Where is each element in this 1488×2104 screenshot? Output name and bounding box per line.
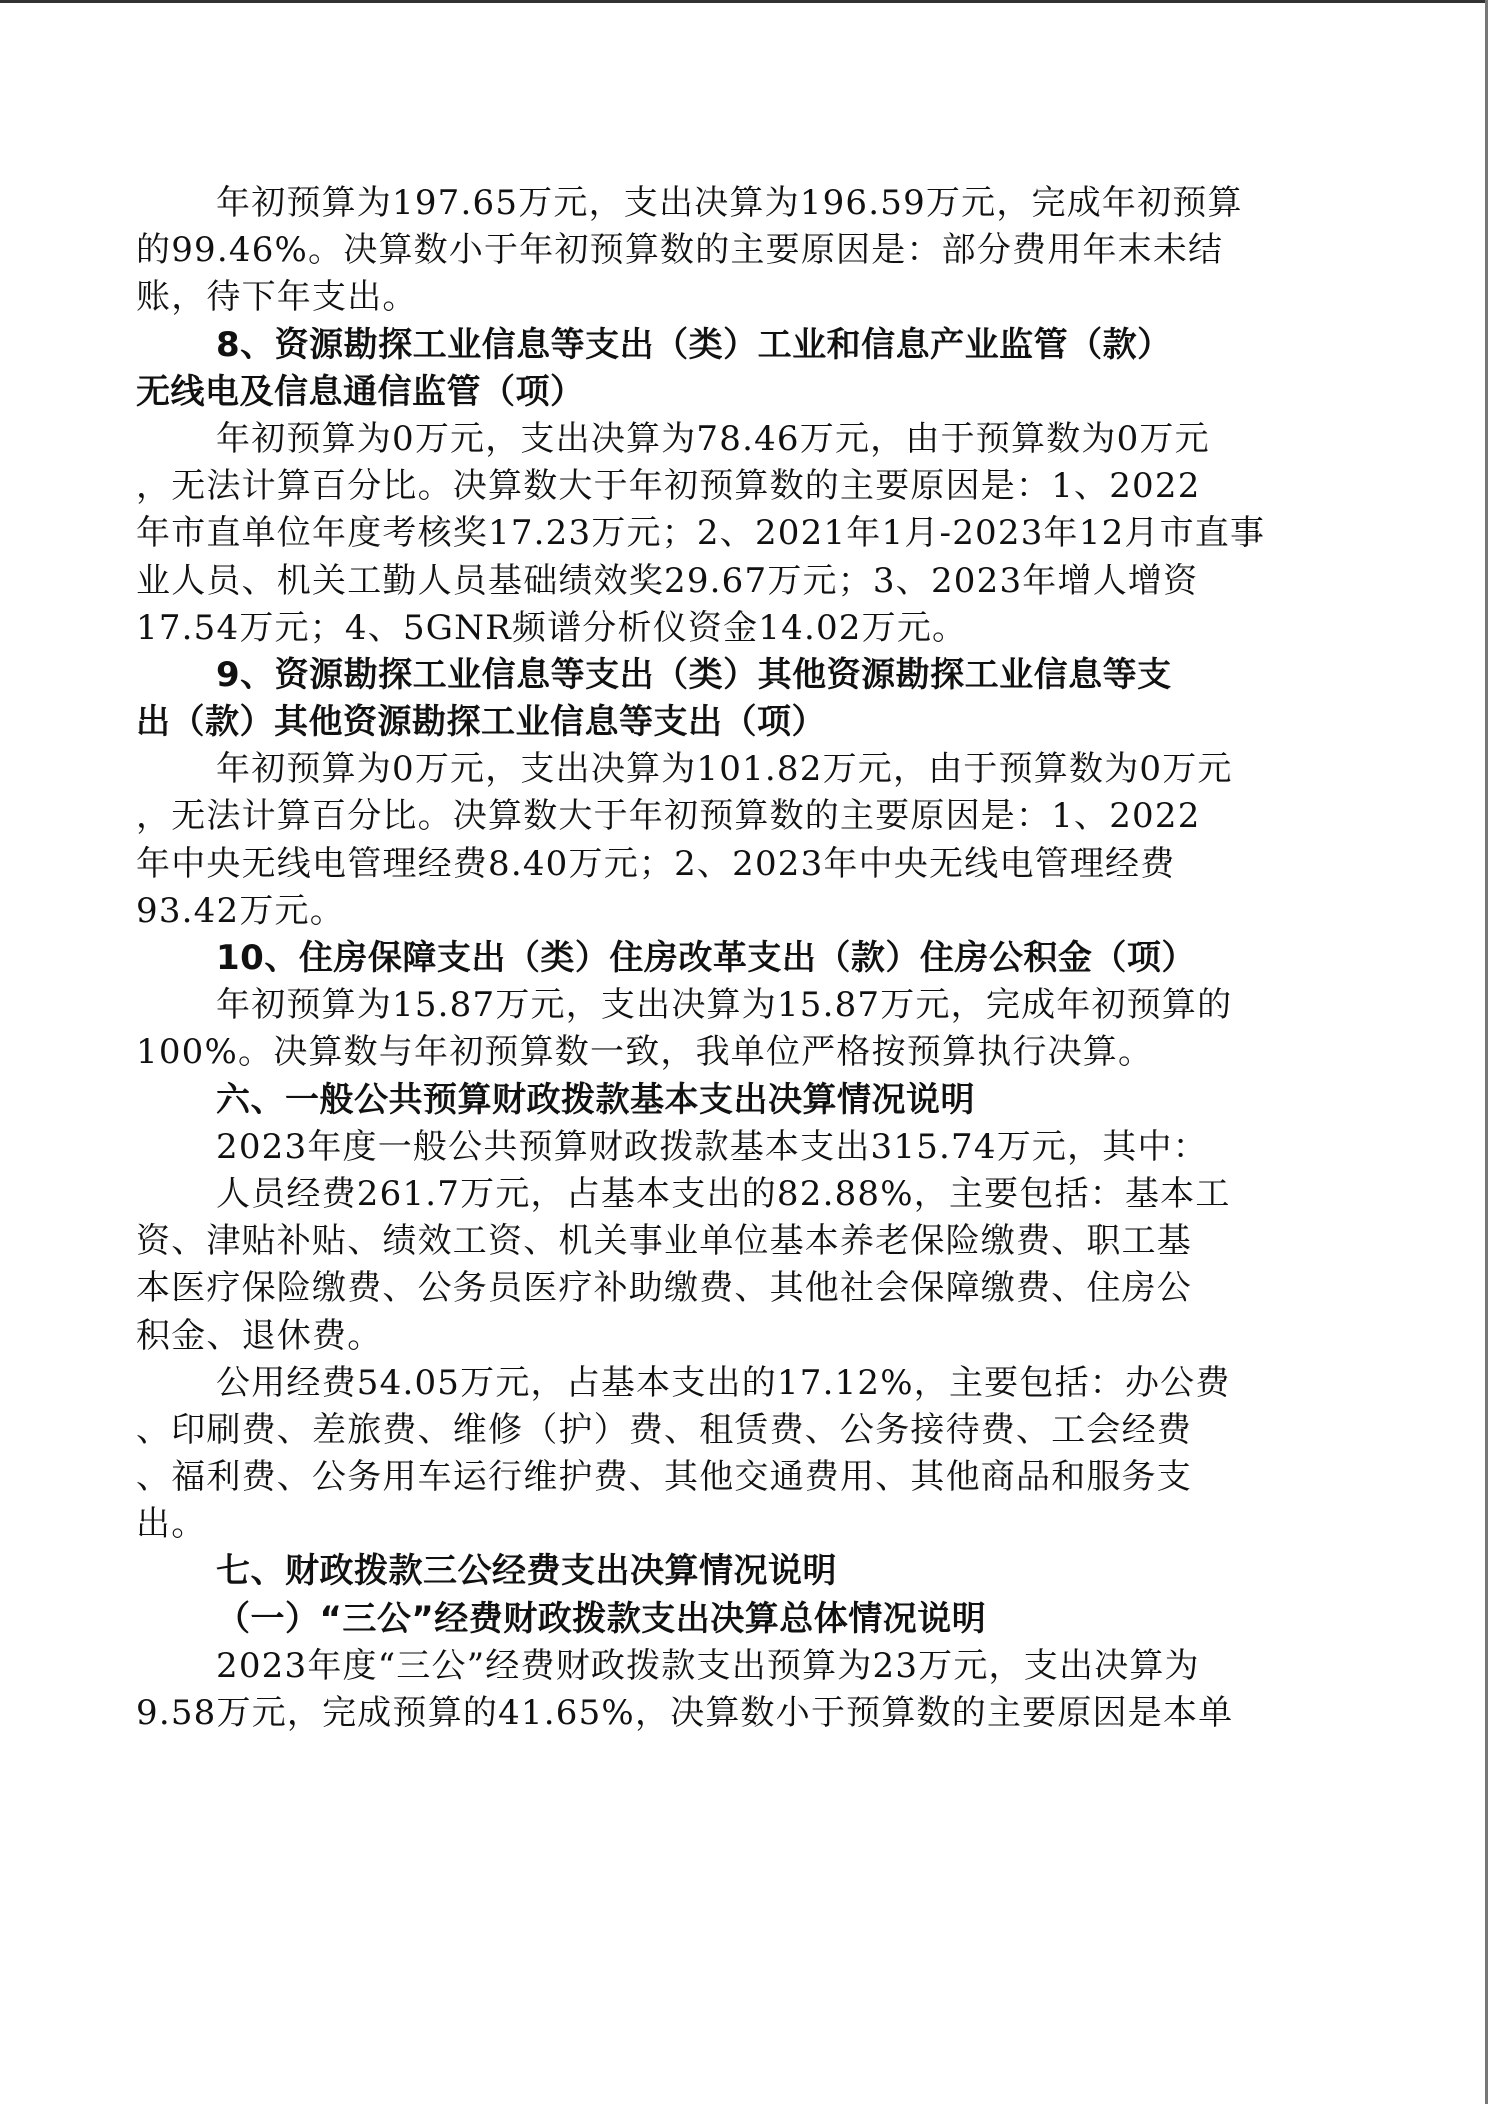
paragraph-line: 账，待下年支出。 xyxy=(136,274,1336,321)
paragraph-line: 资、津贴补贴、绩效工资、机关事业单位基本养老保险缴费、职工基 xyxy=(136,1218,1336,1265)
document-page: 年初预算为197.65万元，支出决算为196.59万元，完成年初预算 的99.4… xyxy=(136,180,1336,1737)
paragraph-line: 年中央无线电管理经费8.40万元；2、2023年中央无线电管理经费 xyxy=(136,841,1336,888)
paragraph-line: 93.42万元。 xyxy=(136,888,1336,935)
paragraph-line: 业人员、机关工勤人员基础绩效奖29.67万元；3、2023年增人增资 xyxy=(136,558,1336,605)
section-heading-8: 8、资源勘探工业信息等支出（类）工业和信息产业监管（款） xyxy=(136,322,1336,369)
section-heading-8-cont: 无线电及信息通信监管（项） xyxy=(136,369,1336,416)
section-heading-9-cont: 出（款）其他资源勘探工业信息等支出（项） xyxy=(136,699,1336,746)
section-heading-6: 六、一般公共预算财政拨款基本支出决算情况说明 xyxy=(136,1077,1336,1124)
paragraph-line: 、福利费、公务用车运行维护费、其他交通费用、其他商品和服务支 xyxy=(136,1454,1336,1501)
paragraph-line: 年市直单位年度考核奖17.23万元；2、2021年1月-2023年12月市直事 xyxy=(136,510,1336,557)
paragraph-line: 积金、退休费。 xyxy=(136,1313,1336,1360)
paragraph-line: 、印刷费、差旅费、维修（护）费、租赁费、公务接待费、工会经费 xyxy=(136,1407,1336,1454)
paragraph-line: ，无法计算百分比。决算数大于年初预算数的主要原因是：1、2022 xyxy=(136,463,1336,510)
paragraph-line: 年初预算为197.65万元，支出决算为196.59万元，完成年初预算 xyxy=(136,180,1336,227)
paragraph-line: 出。 xyxy=(136,1501,1336,1548)
paragraph-line: 年初预算为0万元，支出决算为78.46万元，由于预算数为0万元 xyxy=(136,416,1336,463)
page-top-border xyxy=(0,0,1488,3)
paragraph-line: 2023年度一般公共预算财政拨款基本支出315.74万元，其中： xyxy=(136,1124,1336,1171)
paragraph-line: 人员经费261.7万元，占基本支出的82.88%，主要包括：基本工 xyxy=(136,1171,1336,1218)
paragraph-line: 100%。决算数与年初预算数一致，我单位严格按预算执行决算。 xyxy=(136,1029,1336,1076)
paragraph-line: 公用经费54.05万元，占基本支出的17.12%，主要包括：办公费 xyxy=(136,1360,1336,1407)
paragraph-line: 9.58万元，完成预算的41.65%，决算数小于预算数的主要原因是本单 xyxy=(136,1690,1336,1737)
paragraph-line: 年初预算为15.87万元，支出决算为15.87万元，完成年初预算的 xyxy=(136,982,1336,1029)
paragraph-line: 的99.46%。决算数小于年初预算数的主要原因是：部分费用年末未结 xyxy=(136,227,1336,274)
section-heading-9: 9、资源勘探工业信息等支出（类）其他资源勘探工业信息等支 xyxy=(136,652,1336,699)
paragraph-line: 17.54万元；4、5GNR频谱分析仪资金14.02万元。 xyxy=(136,605,1336,652)
subsection-heading-1: （一）“三公”经费财政拨款支出决算总体情况说明 xyxy=(136,1596,1336,1643)
paragraph-line: 2023年度“三公”经费财政拨款支出预算为23万元，支出决算为 xyxy=(136,1643,1336,1690)
paragraph-line: 本医疗保险缴费、公务员医疗补助缴费、其他社会保障缴费、住房公 xyxy=(136,1265,1336,1312)
section-heading-10: 10、住房保障支出（类）住房改革支出（款）住房公积金（项） xyxy=(136,935,1336,982)
paragraph-line: 年初预算为0万元，支出决算为101.82万元，由于预算数为0万元 xyxy=(136,746,1336,793)
section-heading-7: 七、财政拨款三公经费支出决算情况说明 xyxy=(136,1548,1336,1595)
paragraph-line: ，无法计算百分比。决算数大于年初预算数的主要原因是：1、2022 xyxy=(136,793,1336,840)
